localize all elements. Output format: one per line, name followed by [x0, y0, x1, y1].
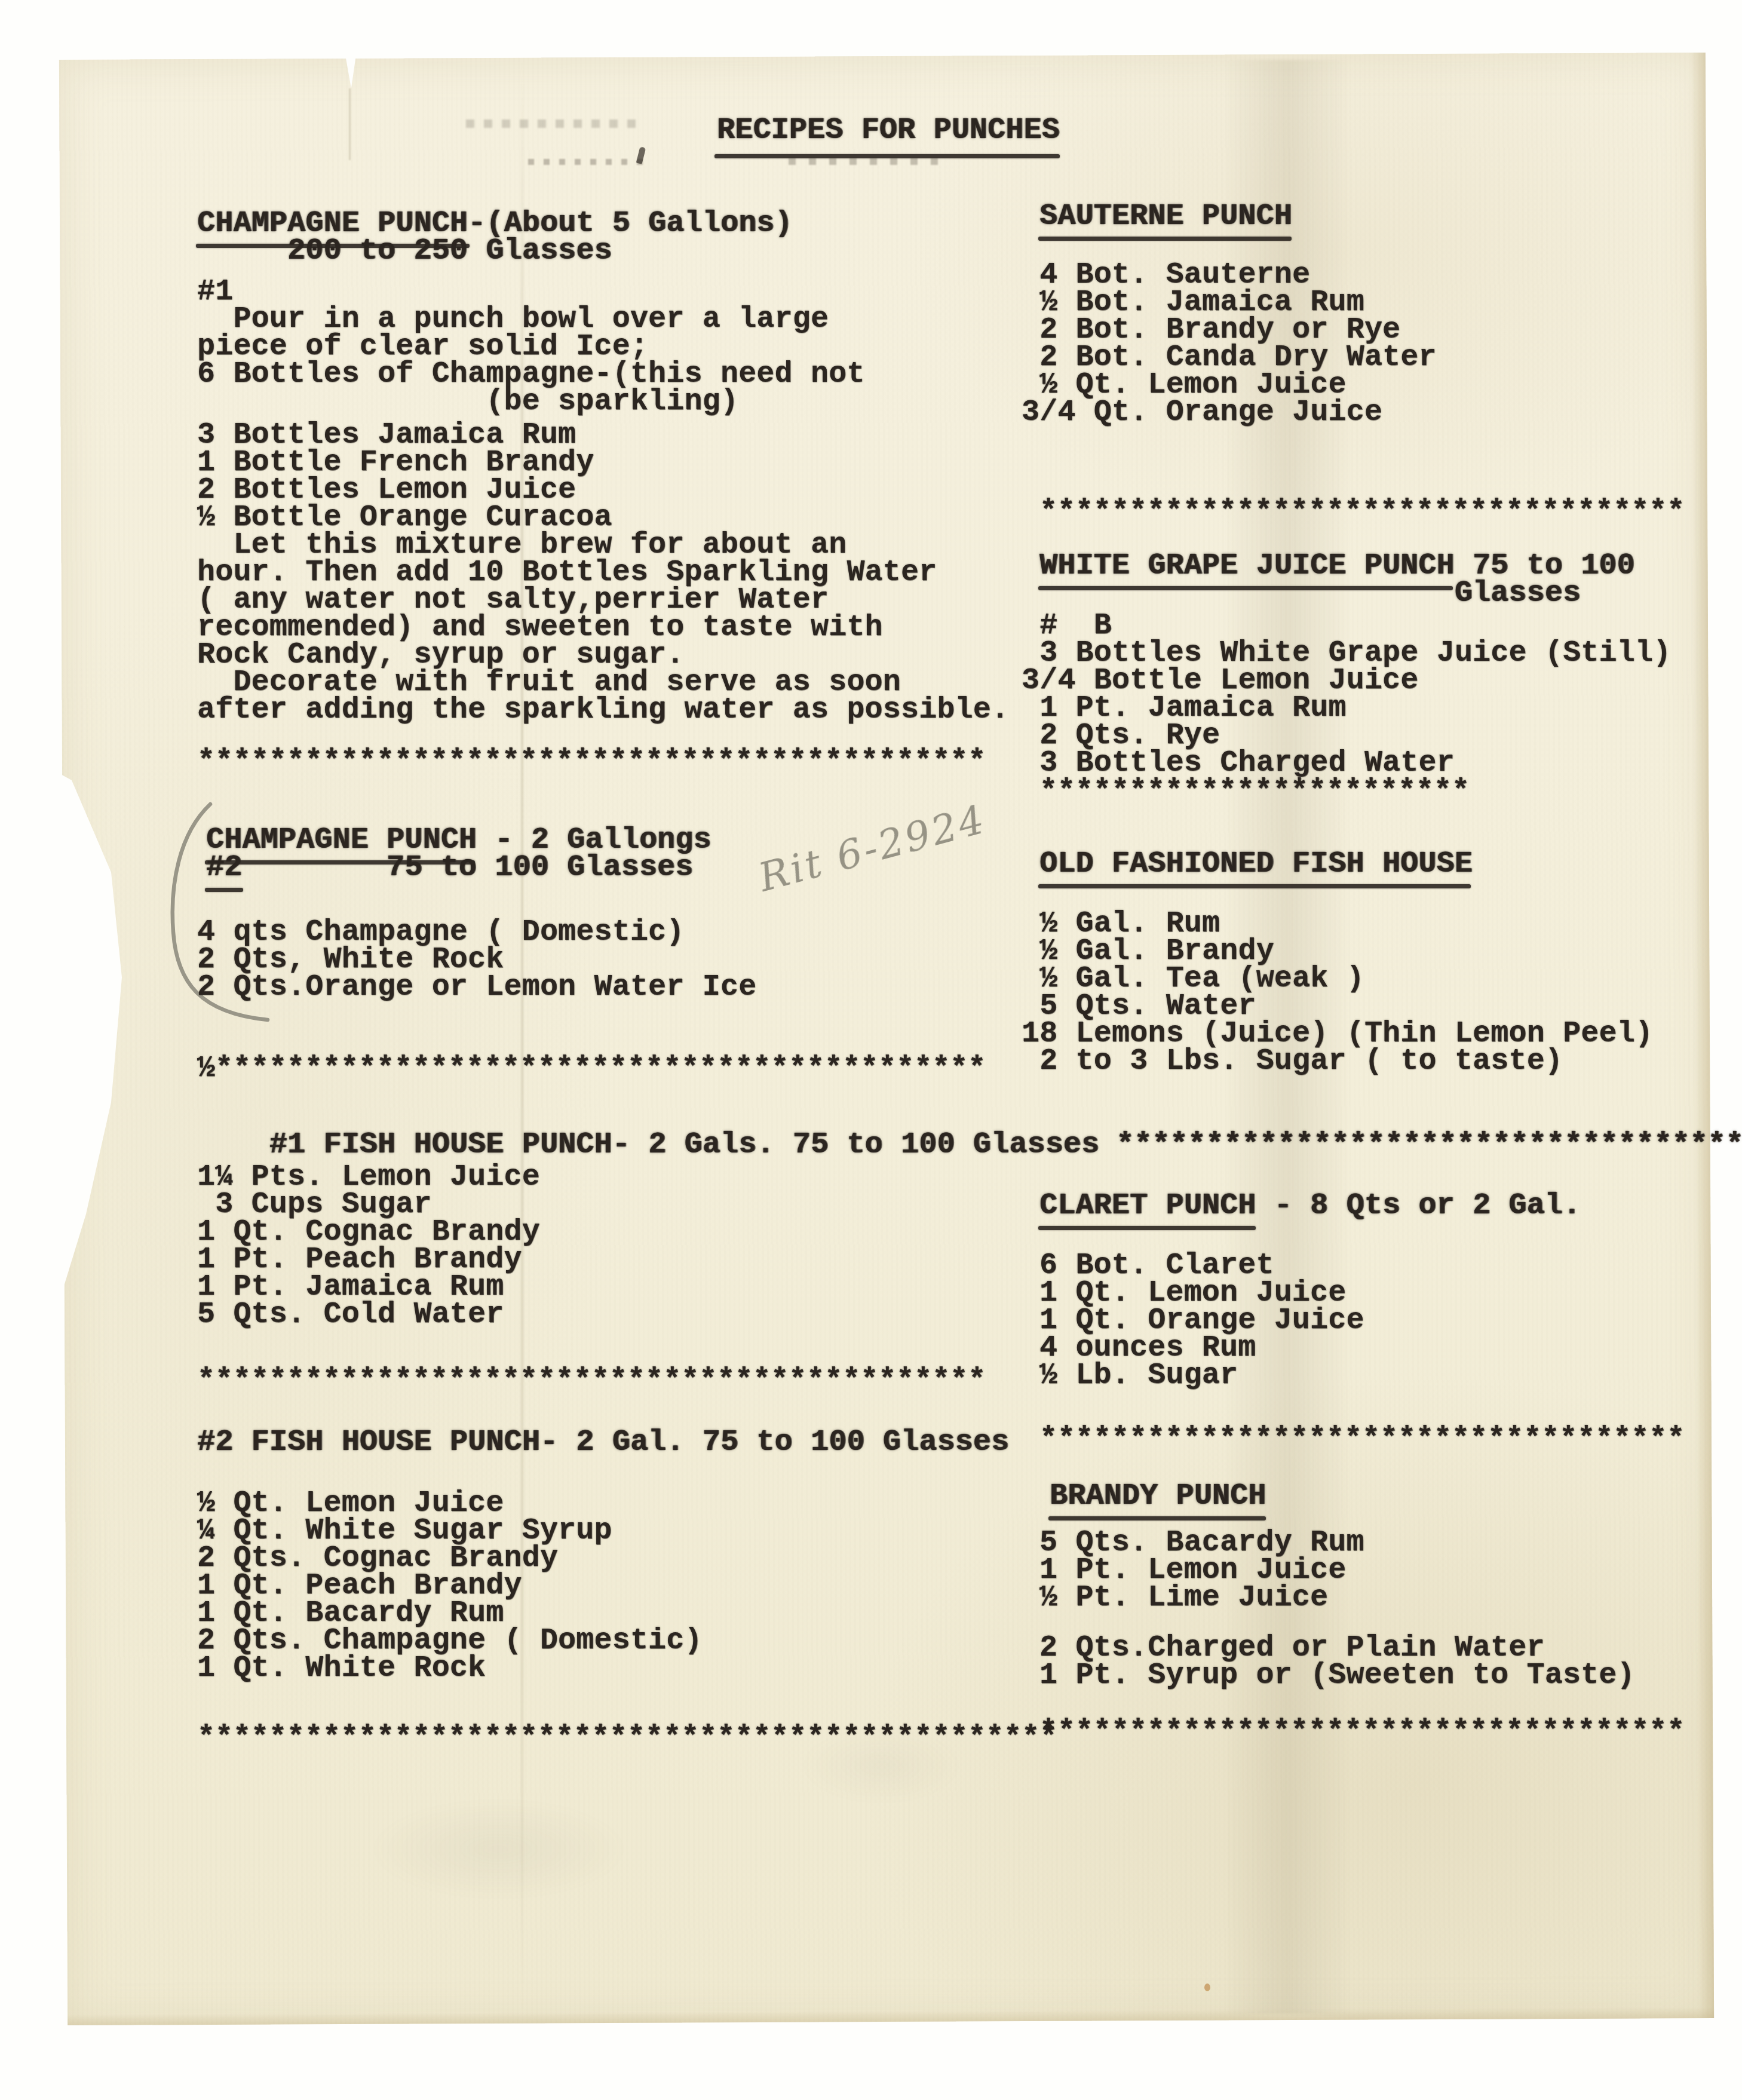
old-fashioned-fish-house-ingredients: ½ Gal. Rum ½ Gal. Brandy ½ Gal. Tea (wea… [1022, 910, 1653, 1075]
claret-punch-ingredients: 6 Bot. Claret 1 Qt. Lemon Juice 1 Qt. Or… [1039, 1252, 1364, 1390]
claret-punch-underline [1038, 1226, 1256, 1230]
brandy-punch-underline [1048, 1516, 1266, 1520]
white-grape-juice-punch-underline [1038, 586, 1453, 590]
separator-row: ************************ [1039, 778, 1470, 805]
champagne-punch-2-heading: CHAMPAGNE PUNCH - 2 Gallongs #2 75 to 10… [206, 827, 711, 882]
champagne-punch-2-number-underline [205, 888, 243, 892]
old-fashioned-fish-house-underline [1038, 884, 1471, 888]
scanned-document: Rit 6-2924 RECIPES FOR PUNCHES CHAMPAGNE… [0, 0, 1742, 2100]
separator-row: ************************************ [1039, 1718, 1685, 1746]
separator-row: ****************************************… [197, 1367, 986, 1394]
champagne-punch-2-ingredients: 4 qts Champagne ( Domestic) 2 Qts, White… [197, 919, 756, 1001]
champagne-punch-1-instructions: Let this mixture brew for about an hour.… [197, 532, 1009, 724]
sauterne-punch-ingredients: 4 Bot. Sauterne ½ Bot. Jamaica Rum 2 Bot… [1022, 262, 1437, 427]
brandy-punch-heading: BRANDY PUNCH [1050, 1483, 1266, 1510]
sauterne-punch-underline [1038, 237, 1292, 241]
separator-row: ****************************************… [197, 1724, 1057, 1752]
champagne-punch-1-method: #1 Pour in a punch bowl over a large pie… [197, 278, 865, 416]
separator-row: ************************************* [1116, 1128, 1742, 1162]
old-fashioned-fish-house-heading: OLD FASHIONED FISH HOUSE [1039, 851, 1473, 878]
champagne-punch-1-underline [196, 244, 470, 248]
sauterne-punch-heading: SAUTERNE PUNCH [1039, 203, 1292, 231]
fish-house-punch-1-ingredients: 1¼ Pts. Lemon Juice 3 Cups Sugar 1 Qt. C… [197, 1164, 540, 1329]
separator-row: ************************************ [1039, 1425, 1685, 1453]
brandy-punch-ingredients-2: 2 Qts.Charged or Plain Water 1 Pt. Syrup… [1039, 1635, 1635, 1690]
separator-row: ****************************************… [197, 748, 986, 775]
separator-row: ************************************ [1039, 498, 1685, 526]
claret-punch-heading: CLARET PUNCH - 8 Qts or 2 Gal. [1039, 1192, 1581, 1220]
champagne-punch-1-heading: CHAMPAGNE PUNCH-(About 5 Gallons) 200 to… [197, 210, 793, 265]
fish-house-punch-2-ingredients: ½ Qt. Lemon Juice ¼ Qt. White Sugar Syru… [197, 1490, 703, 1682]
title-underline [714, 154, 1060, 158]
white-grape-juice-punch-heading: WHITE GRAPE JUICE PUNCH 75 to 100 Glasse… [1039, 553, 1635, 608]
white-grape-juice-punch-ingredients: # B 3 Bottles White Grape Juice (Still) … [1022, 612, 1671, 777]
champagne-punch-1-ingredients: 3 Bottles Jamaica Rum 1 Bottle French Br… [197, 422, 612, 532]
fish-house-punch-2-heading: #2 FISH HOUSE PUNCH- 2 Gal. 75 to 100 Gl… [197, 1429, 1009, 1457]
separator-row: ½***************************************… [197, 1055, 986, 1083]
champagne-punch-2-underline [205, 860, 475, 864]
fish-house-punch-1-heading-text: #1 FISH HOUSE PUNCH- 2 Gals. 75 to 100 G… [269, 1128, 1099, 1162]
page-title: RECIPES FOR PUNCHES [717, 117, 1060, 145]
brandy-punch-ingredients: 5 Qts. Bacardy Rum 1 Pt. Lemon Juice ½ P… [1039, 1529, 1364, 1612]
